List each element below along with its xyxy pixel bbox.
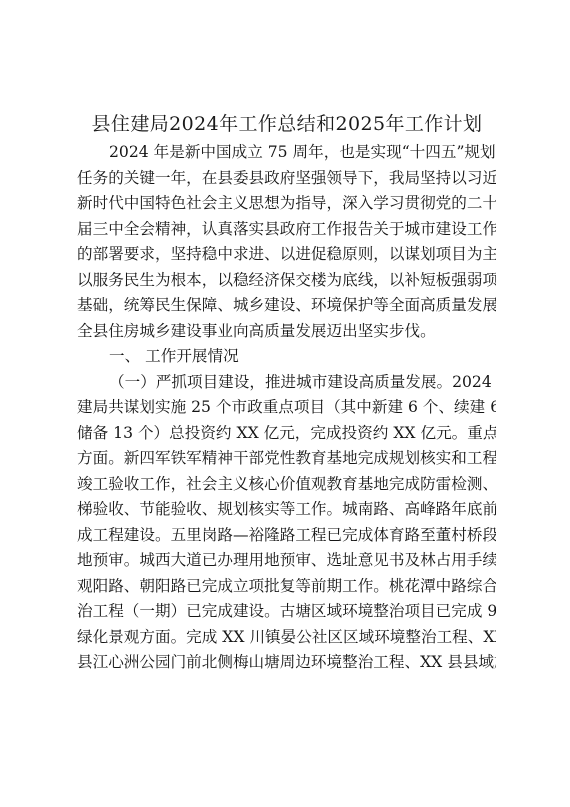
paragraph-line: 全县住房城乡建设事业向高质量发展迈出坚实步伐。: [77, 318, 496, 344]
section-heading: 一、 工作开展情况: [109, 343, 309, 369]
paragraph-line: 基础，统筹民生保障、城乡建设、环境保护等全面高质量发展，: [77, 292, 496, 318]
paragraph-line: 2024 年是新中国成立 75 周年，也是实现“十四五”规划目标: [109, 139, 496, 165]
paragraph-line: 的部署要求，坚持稳中求进、以进促稳原则，以谋划项目为主线，: [77, 241, 496, 267]
paragraph-line: 任务的关键一年，在县委县政府坚强领导下，我局坚持以习近平: [77, 165, 496, 191]
document-title: 县住建局2024年工作总结和2025年工作计划: [77, 110, 497, 138]
paragraph-line: （一）严抓项目建设，推进城市建设高质量发展。2024 年县住: [109, 369, 496, 395]
paragraph-line: 建局共谋划实施 25 个市政重点项目（其中新建 6 个、续建 6 个、: [77, 394, 496, 420]
paragraph-line: 新时代中国特色社会主义思想为指导，深入学习贯彻党的二十: [77, 190, 496, 216]
document-page: 县住建局2024年工作总结和2025年工作计划 2024 年是新中国成立 75 …: [0, 0, 570, 807]
paragraph-line: 竣工验收工作，社会主义核心价值观教育基地完成防雷检测、电: [77, 471, 496, 497]
paragraph-line: 地预审。城西大道已办理用地预审、选址意见书及林占用手续。: [77, 547, 496, 573]
paragraph-line: 方面。新四军铁军精神干部党性教育基地完成规划核实和工程: [77, 445, 496, 471]
paragraph-line: 绿化景观方面。完成 XX 川镇晏公社区区域环境整治工程、XX: [77, 624, 496, 650]
paragraph-line: 梯验收、节能验收、规划核实等工作。城南路、高峰路年底前完: [77, 496, 496, 522]
paragraph-line: 县江心洲公园门前北侧梅山塘周边环境整治工程、XX 县县域旅: [77, 649, 496, 675]
paragraph-line: 以服务民生为根本，以稳经济保交楼为底线，以补短板强弱项为: [77, 267, 496, 293]
paragraph-line: 成工程建设。五里岗路—裕隆路工程已完成体育路至董村桥段用: [77, 522, 496, 548]
paragraph-line: 储备 13 个）总投资约 XX 亿元，完成投资约 XX 亿元。重点项目: [77, 420, 496, 446]
paragraph-line: 届三中全会精神，认真落实县政府工作报告关于城市建设工作: [77, 216, 496, 242]
paragraph-line: 观阳路、朝阳路已完成立项批复等前期工作。桃花潭中路综合整: [77, 573, 496, 599]
paragraph-line: 治工程（一期）已完成建设。古塘区域环境整治项目已完成 90%。: [77, 598, 496, 624]
